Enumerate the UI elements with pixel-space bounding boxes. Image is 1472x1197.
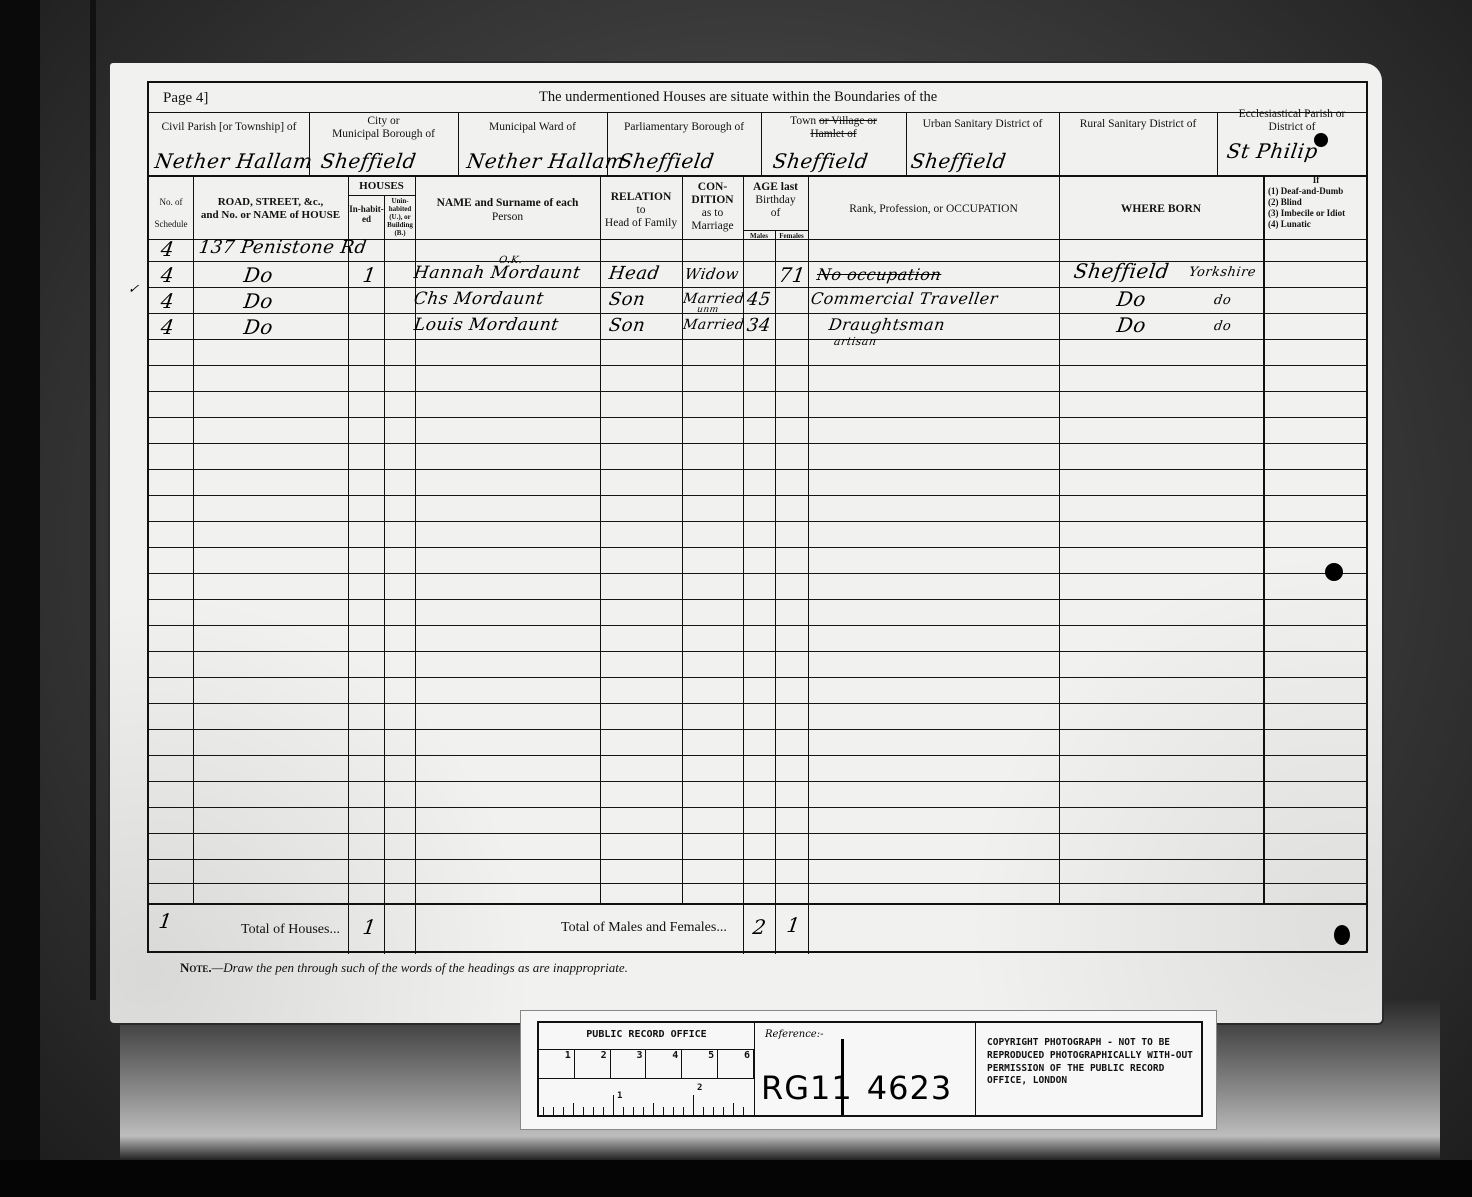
- film-edge-bottom: [0, 1160, 1472, 1197]
- col-name-1: NAME and Surname of each: [415, 197, 600, 209]
- ward-value: Nether Hallam: [465, 149, 626, 173]
- row-divider: [149, 287, 1368, 288]
- born-county: do: [1213, 293, 1232, 308]
- hamlet-label-struck: Hamlet of: [761, 128, 906, 140]
- city-value: Sheffield: [319, 149, 418, 173]
- tick: [573, 1103, 574, 1117]
- ruler-label: 2: [697, 1083, 702, 1117]
- col-inhabited: In-habit-ed: [349, 205, 384, 225]
- total-houses-inhabited: 1: [361, 915, 378, 939]
- person-name: Chs Mordaunt: [413, 289, 545, 309]
- born-town: Do: [1115, 287, 1147, 311]
- row-divider: [149, 781, 1368, 782]
- note-prefix: Note.: [180, 960, 212, 975]
- total-persons-label: Total of Males and Females...: [561, 921, 727, 936]
- col-relation-2: to: [600, 204, 682, 216]
- city-label-1: City or: [309, 115, 458, 127]
- born-town: Do: [1115, 313, 1147, 337]
- schedule-number: 4: [159, 315, 176, 339]
- rural-sanitary-label: Rural Sanitary District of: [1059, 118, 1217, 130]
- divider: [149, 903, 1366, 905]
- reference-label: Reference:-: [765, 1029, 823, 1040]
- ecclesiastical-label-2: District of: [1217, 121, 1367, 133]
- tick: [623, 1107, 624, 1117]
- born-county: Yorkshire: [1188, 265, 1257, 280]
- row-divider: [149, 833, 1368, 834]
- copyright-notice: COPYRIGHT PHOTOGRAPH - NOT TO BE REPRODU…: [987, 1037, 1197, 1088]
- row-divider: [149, 313, 1368, 314]
- row-divider: [149, 755, 1368, 756]
- urban-sanitary-value: Sheffield: [909, 149, 1008, 173]
- total-females: 1: [785, 913, 802, 937]
- inhabited-count: 1: [361, 263, 378, 287]
- schedule-number: 4: [159, 237, 176, 261]
- office-name: PUBLIC RECORD OFFICE: [539, 1029, 754, 1040]
- row-divider: [149, 883, 1368, 884]
- col-condition-3: as to: [682, 207, 743, 219]
- footer-note: Note.—Draw the pen through such of the w…: [180, 960, 628, 976]
- page-label: Page 4]: [163, 91, 208, 107]
- scale-cell: 1: [539, 1050, 575, 1078]
- town-label: Town or Village or: [761, 115, 906, 127]
- address: Do: [242, 315, 274, 339]
- tick: [613, 1095, 614, 1117]
- row-divider: [149, 261, 1368, 262]
- tick: [583, 1107, 584, 1117]
- row-divider: [149, 521, 1368, 522]
- col-schedule-1: No. of: [149, 198, 193, 207]
- age-male: 34: [746, 315, 773, 336]
- civil-parish-label: Civil Parish [or Township] of: [149, 121, 309, 133]
- reference-piece: 4623: [867, 1069, 952, 1107]
- tick: [553, 1107, 554, 1117]
- ink-blot: [1314, 133, 1328, 147]
- houses-tally: 1: [157, 909, 174, 933]
- row-divider: [149, 443, 1368, 444]
- col-age-3: of: [743, 207, 808, 219]
- ink-blot: [1334, 925, 1350, 945]
- address: Do: [242, 289, 274, 313]
- tick: [643, 1107, 644, 1117]
- col-address-2: and No. or NAME of HOUSE: [193, 210, 348, 222]
- tick: [593, 1107, 594, 1117]
- row-divider: [149, 703, 1368, 704]
- condition: Widow: [684, 265, 740, 283]
- reference-block: Reference:- RG114623: [754, 1023, 976, 1115]
- divider: [743, 230, 808, 231]
- tick: [743, 1107, 744, 1117]
- divider: [149, 112, 1366, 113]
- note-text: —Draw the pen through such of the words …: [212, 960, 628, 975]
- urban-sanitary-label: Urban Sanitary District of: [906, 118, 1059, 130]
- stamp-frame: PUBLIC RECORD OFFICE 1 2 3 4 5 6: [537, 1021, 1203, 1117]
- reference-series: RG11: [761, 1069, 853, 1107]
- age-female: 71: [777, 263, 807, 287]
- tick: [563, 1107, 564, 1117]
- village-label-struck: or Village or: [819, 115, 877, 127]
- col-schedule-2: Schedule: [149, 220, 193, 229]
- condition-annotation: unm: [696, 305, 719, 315]
- scale-grid: 1 2 3 4 5 6: [539, 1049, 754, 1079]
- condition: Married: [682, 317, 746, 333]
- city-label-2: Municipal Borough of: [309, 128, 458, 140]
- ecclesiastical-label-1: Ecclesiastical Parish or: [1217, 108, 1367, 120]
- scale-cell: 5: [682, 1050, 718, 1078]
- tick: [733, 1103, 734, 1117]
- col-where-born: WHERE BORN: [1059, 203, 1263, 215]
- town-label-text: Town: [790, 115, 816, 127]
- row-divider: [149, 599, 1368, 600]
- born-county: do: [1213, 319, 1232, 334]
- row-divider: [149, 495, 1368, 496]
- relation: Son: [608, 315, 647, 336]
- tick: [693, 1095, 694, 1117]
- col-name-2: Person: [415, 211, 600, 223]
- scale-cell: 6: [718, 1050, 754, 1078]
- schedule-number: 4: [159, 263, 176, 287]
- col-uninhabited: Unin-habited (U.), or Building (B.): [385, 197, 415, 237]
- tick: [723, 1107, 724, 1117]
- tick: [683, 1107, 684, 1117]
- margin-checkmark: ✓: [127, 282, 141, 297]
- col-infirmity-2: (1) Deaf-and-Dumb: [1268, 187, 1343, 196]
- row-divider: [149, 469, 1368, 470]
- public-record-office-stamp: PUBLIC RECORD OFFICE 1 2 3 4 5 6: [520, 1010, 1217, 1130]
- measurement-ruler: 1 2: [539, 1079, 754, 1117]
- col-condition-1: CON-: [682, 181, 743, 193]
- tick: [713, 1107, 714, 1117]
- ecclesiastical-value: St Philip: [1225, 139, 1319, 163]
- ink-blot: [1325, 563, 1343, 581]
- tick: [633, 1107, 634, 1117]
- occupation: Commercial Traveller: [810, 289, 1000, 308]
- total-males: 2: [751, 915, 768, 939]
- scale-cell: 4: [646, 1050, 682, 1078]
- row-divider: [149, 625, 1368, 626]
- divider: [149, 175, 1366, 177]
- col-infirmity-3: (2) Blind: [1268, 198, 1302, 207]
- col-name-text: NAME and Surname of each: [437, 197, 579, 209]
- occupation: No occupation: [816, 265, 943, 284]
- col-relation-1: RELATION: [600, 191, 682, 203]
- parliamentary-value: Sheffield: [617, 149, 716, 173]
- col-relation-3: Head of Family: [600, 217, 682, 229]
- town-value: Sheffield: [771, 149, 870, 173]
- reference-value: RG114623: [761, 1069, 952, 1107]
- row-divider: [149, 651, 1368, 652]
- schedule-number: 4: [159, 289, 176, 313]
- col-houses: HOUSES: [348, 181, 415, 193]
- col-infirmity-5: (4) Lunatic: [1268, 220, 1311, 229]
- col-condition-2: DITION: [682, 194, 743, 206]
- col-infirmity-4: (3) Imbecile or Idiot: [1268, 209, 1345, 218]
- row-divider: [149, 859, 1368, 860]
- tick: [703, 1107, 704, 1117]
- relation: Head: [608, 263, 662, 284]
- tick: [543, 1107, 544, 1117]
- tick: [603, 1107, 604, 1117]
- ruler-label: 1: [617, 1091, 622, 1117]
- row-divider: [149, 547, 1368, 548]
- name-annotation: O.K.: [498, 255, 523, 266]
- row-divider: [149, 417, 1368, 418]
- occupation: Draughtsman: [828, 315, 947, 334]
- relation: Son: [608, 289, 647, 310]
- divider: [384, 195, 385, 954]
- divider: [348, 177, 349, 954]
- census-form: Page 4] The undermentioned Houses are si…: [147, 81, 1368, 953]
- tick: [663, 1107, 664, 1117]
- occupation-annotation: artisan: [833, 335, 877, 348]
- row-divider: [149, 677, 1368, 678]
- row-divider: [149, 365, 1368, 366]
- divider: [808, 177, 809, 954]
- row-divider: [149, 339, 1368, 340]
- age-male: 45: [746, 289, 773, 310]
- row-divider: [149, 729, 1368, 730]
- boundaries-title: The undermentioned Houses are situate wi…: [539, 90, 937, 105]
- tick: [653, 1103, 654, 1117]
- scale-cell: 3: [611, 1050, 647, 1078]
- row-divider: [149, 573, 1368, 574]
- parliamentary-label: Parliamentary Borough of: [607, 121, 761, 133]
- row-divider: [149, 807, 1368, 808]
- col-age-1: AGE last: [743, 181, 808, 193]
- scale-cell: 2: [575, 1050, 611, 1078]
- divider: [348, 195, 415, 196]
- row-divider: [149, 391, 1368, 392]
- tick: [673, 1107, 674, 1117]
- film-edge: [0, 0, 40, 1197]
- col-age-2: Birthday: [743, 194, 808, 206]
- ward-label: Municipal Ward of: [458, 121, 607, 133]
- col-address-1: ROAD, STREET, &c.,: [193, 197, 348, 209]
- col-occupation: Rank, Profession, or OCCUPATION: [808, 203, 1059, 215]
- person-name: Hannah Mordaunt: [413, 263, 582, 283]
- total-houses-label: Total of Houses...: [241, 923, 340, 938]
- born-town: Sheffield: [1072, 259, 1171, 283]
- civil-parish-value: Nether Hallam: [153, 149, 314, 173]
- address: Do: [242, 263, 274, 287]
- col-condition-4: Marriage: [682, 220, 743, 232]
- col-infirmity-1: If: [1264, 176, 1368, 185]
- address: 137 Penistone Rd: [198, 237, 369, 258]
- person-name: Louis Mordaunt: [413, 315, 560, 335]
